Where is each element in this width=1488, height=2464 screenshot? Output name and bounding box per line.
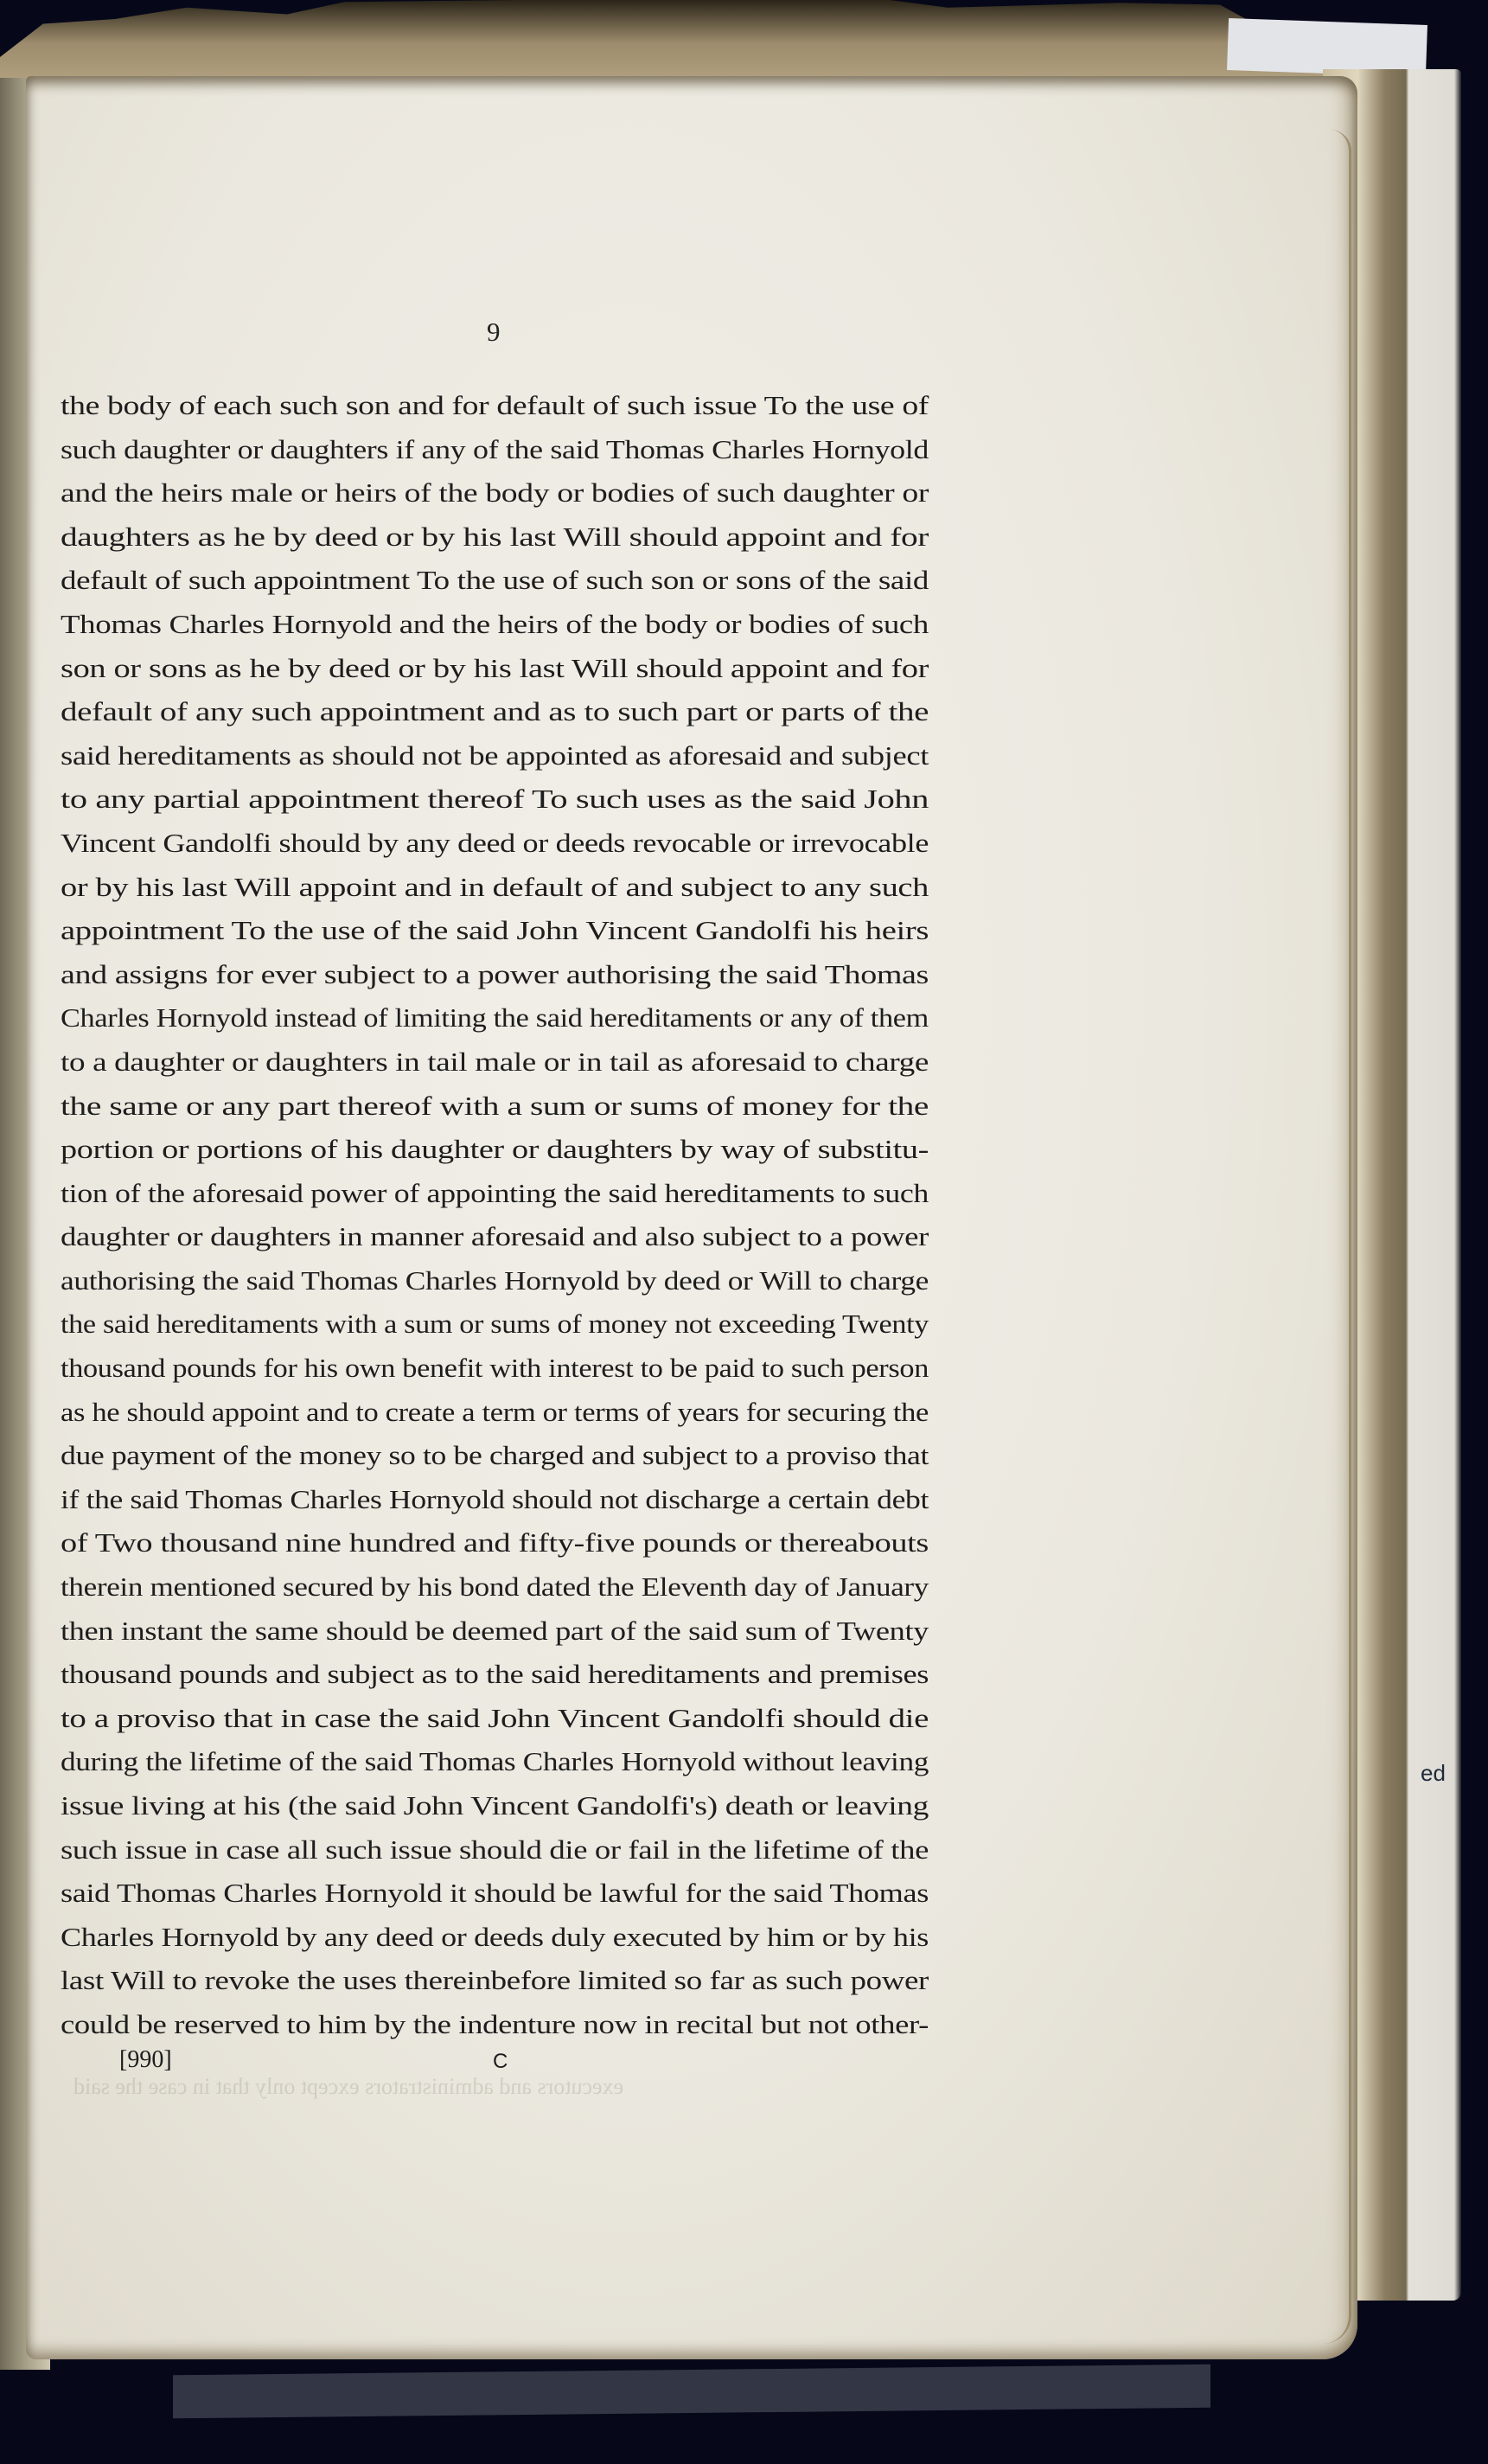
text-line-content: then instant the same should be deemed p… xyxy=(61,1610,929,1654)
text-line: or by his last Will appoint and in defau… xyxy=(61,866,929,910)
text-line: default of such appointment To the use o… xyxy=(61,559,929,603)
page-number: 9 xyxy=(487,317,501,348)
text-line: if the said Thomas Charles Hornyold shou… xyxy=(61,1478,929,1522)
text-line: therein mentioned secured by his bond da… xyxy=(61,1565,929,1610)
text-line-content: thousand pounds for his own benefit with… xyxy=(61,1347,929,1391)
text-line-content: of Two thousand nine hundred and fifty-f… xyxy=(61,1521,929,1565)
text-line-content: to a daughter or daughters in tail male … xyxy=(61,1040,929,1085)
text-line-content: during the lifetime of the said Thomas C… xyxy=(61,1740,929,1784)
text-line-content: last Will to revoke the uses thereinbefo… xyxy=(61,1959,929,2003)
text-line: appointment To the use of the said John … xyxy=(61,909,929,953)
text-line-content: thousand pounds and subject as to the sa… xyxy=(61,1653,929,1697)
page-footer: [990] C xyxy=(0,2046,1038,2081)
margin-text-fragment: ed xyxy=(1421,1760,1446,1787)
text-line-content: Vincent Gandolfi should by any deed or d… xyxy=(61,822,929,866)
text-line: could be reserved to him by the indentur… xyxy=(61,2003,929,2047)
text-line: Vincent Gandolfi should by any deed or d… xyxy=(61,822,929,866)
text-line: daughter or daughters in manner aforesai… xyxy=(61,1215,929,1259)
text-line: to any partial appointment thereof To su… xyxy=(61,778,929,822)
text-line: daughters as he by deed or by his last W… xyxy=(61,515,929,560)
text-line: Thomas Charles Hornyold and the heirs of… xyxy=(61,603,929,647)
text-line-content: default of any such appointment and as t… xyxy=(61,690,929,734)
text-line: default of any such appointment and as t… xyxy=(61,690,929,734)
background-page-stack-bottom xyxy=(173,2365,1210,2419)
text-line-content: to any partial appointment thereof To su… xyxy=(61,778,929,822)
text-line-content: such issue in case all such issue should… xyxy=(61,1828,929,1872)
text-line-content: appointment To the use of the said John … xyxy=(61,909,929,953)
text-line-content: default of such appointment To the use o… xyxy=(61,559,929,603)
text-line: of Two thousand nine hundred and fifty-f… xyxy=(61,1521,929,1565)
text-line-content: said Thomas Charles Hornyold it should b… xyxy=(61,1872,929,1916)
text-line-content: and the heirs male or heirs of the body … xyxy=(61,471,929,515)
text-line-content: or by his last Will appoint and in defau… xyxy=(61,866,929,910)
text-line: then instant the same should be deemed p… xyxy=(61,1610,929,1654)
text-line: said Thomas Charles Hornyold it should b… xyxy=(61,1872,929,1916)
text-line-content: and assigns for ever subject to a power … xyxy=(61,953,929,997)
text-line-content: Charles Hornyold by any deed or deeds du… xyxy=(61,1916,929,1960)
body-text: the body of each such son and for defaul… xyxy=(61,384,929,2047)
text-line: thousand pounds for his own benefit with… xyxy=(61,1347,929,1391)
text-line: last Will to revoke the uses thereinbefo… xyxy=(61,1959,929,2003)
print-mark: [990] xyxy=(119,2046,172,2074)
text-line: due payment of the money so to be charge… xyxy=(61,1434,929,1478)
text-line-content: daughter or daughters in manner aforesai… xyxy=(61,1215,929,1259)
text-line: authorising the said Thomas Charles Horn… xyxy=(61,1259,929,1303)
text-line-content: the same or any part thereof with a sum … xyxy=(61,1085,929,1129)
background-loose-sheet xyxy=(1227,18,1427,77)
text-line-content: if the said Thomas Charles Hornyold shou… xyxy=(61,1478,929,1522)
text-line-content: issue living at his (the said John Vince… xyxy=(61,1784,929,1828)
text-line-content: Thomas Charles Hornyold and the heirs of… xyxy=(61,603,929,647)
text-line: Charles Hornyold by any deed or deeds du… xyxy=(61,1916,929,1960)
text-line-content: portion or portions of his daughter or d… xyxy=(61,1128,929,1172)
text-line: during the lifetime of the said Thomas C… xyxy=(61,1740,929,1784)
text-line: such issue in case all such issue should… xyxy=(61,1828,929,1872)
text-line-content: could be reserved to him by the indentur… xyxy=(61,2003,929,2047)
text-line: issue living at his (the said John Vince… xyxy=(61,1784,929,1828)
page-edge xyxy=(1323,130,1351,2344)
text-line: Charles Hornyold instead of limiting the… xyxy=(61,996,929,1040)
text-line-content: the said hereditaments with a sum or sum… xyxy=(61,1302,929,1347)
text-line-content: therein mentioned secured by his bond da… xyxy=(61,1565,929,1610)
text-line-content: Charles Hornyold instead of limiting the… xyxy=(61,996,929,1040)
text-line-content: the body of each such son and for defaul… xyxy=(61,384,929,428)
text-line-content: said hereditaments as should not be appo… xyxy=(61,734,929,778)
text-line-content: to a proviso that in case the said John … xyxy=(61,1697,929,1741)
signature-letter: C xyxy=(493,2050,508,2074)
text-line: such daughter or daughters if any of the… xyxy=(61,428,929,472)
text-line: portion or portions of his daughter or d… xyxy=(61,1128,929,1172)
text-line: and assigns for ever subject to a power … xyxy=(61,953,929,997)
text-line: to a proviso that in case the said John … xyxy=(61,1697,929,1741)
text-line: son or sons as he by deed or by his last… xyxy=(61,647,929,691)
text-line: the body of each such son and for defaul… xyxy=(61,384,929,428)
text-line-content: tion of the aforesaid power of appointin… xyxy=(61,1172,929,1216)
text-line-content: daughters as he by deed or by his last W… xyxy=(61,515,929,560)
text-line-content: as he should appoint and to create a ter… xyxy=(61,1391,929,1435)
text-line: said hereditaments as should not be appo… xyxy=(61,734,929,778)
text-line-content: due payment of the money so to be charge… xyxy=(61,1434,929,1478)
text-line: as he should appoint and to create a ter… xyxy=(61,1391,929,1435)
text-line: to a daughter or daughters in tail male … xyxy=(61,1040,929,1085)
text-line: the said hereditaments with a sum or sum… xyxy=(61,1302,929,1347)
text-line-content: authorising the said Thomas Charles Horn… xyxy=(61,1259,929,1303)
text-line-content: such daughter or daughters if any of the… xyxy=(61,428,929,472)
text-line-content: son or sons as he by deed or by his last… xyxy=(61,647,929,691)
text-line: tion of the aforesaid power of appointin… xyxy=(61,1172,929,1216)
text-line: the same or any part thereof with a sum … xyxy=(61,1085,929,1129)
text-line: thousand pounds and subject as to the sa… xyxy=(61,1653,929,1697)
text-line: and the heirs male or heirs of the body … xyxy=(61,471,929,515)
